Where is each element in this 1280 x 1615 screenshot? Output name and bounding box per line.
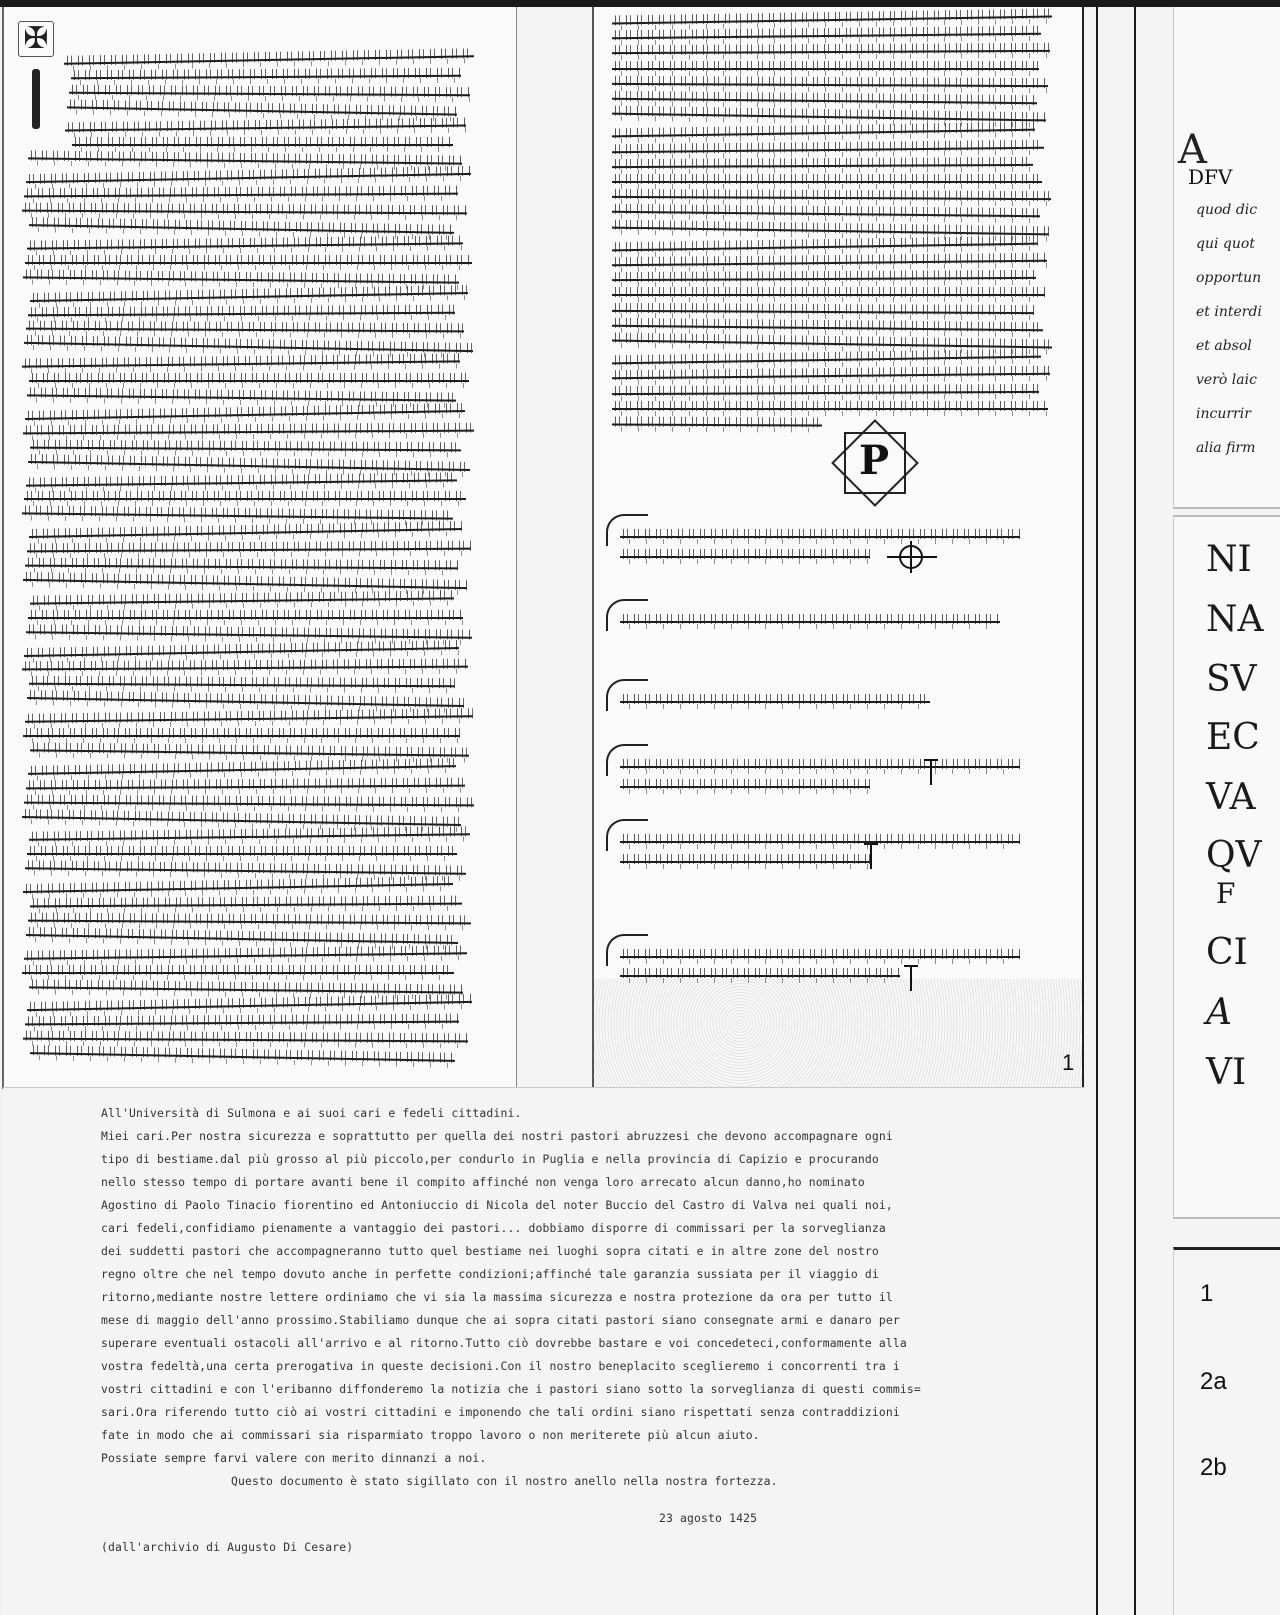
cross-signature-icon — [899, 545, 923, 569]
figure-label: 2b — [1200, 1454, 1227, 1482]
handwritten-line — [612, 50, 1050, 54]
handwritten-line — [612, 83, 1048, 87]
manuscript-left-folio: ✠ — [2, 7, 517, 1089]
handwritten-line — [612, 423, 822, 426]
transcript-line: tipo di bestiame.dal più grosso al più p… — [101, 1148, 1001, 1171]
handwritten-line — [65, 124, 466, 131]
manuscript-right-folio: P — [592, 7, 1084, 1089]
handwritten-line — [23, 735, 460, 737]
handwritten-line — [67, 106, 457, 115]
handwritten-line — [71, 75, 461, 79]
side-strip: A DFV quod dic qui quot opportun et inte… — [1085, 7, 1280, 1615]
capital-text: EC — [1206, 717, 1260, 758]
capital-text: NA — [1206, 599, 1264, 640]
thumb-line: qui quot — [1196, 236, 1255, 252]
handwritten-line — [30, 1052, 455, 1062]
handwritten-line — [24, 801, 474, 806]
transcript-line: sari.Ora riferendo tutto ciò ai vostri c… — [101, 1401, 1001, 1424]
handwritten-line — [28, 617, 463, 619]
handwritten-line — [28, 311, 455, 316]
subscription-line — [620, 841, 1020, 843]
handwritten-line — [29, 834, 470, 841]
capital-text: SV — [1206, 659, 1257, 700]
handwritten-line — [30, 292, 468, 302]
handwritten-line — [27, 1001, 472, 1011]
handwritten-line — [28, 920, 471, 925]
transcript-line: fate in modo che ai commissari sia rispa… — [101, 1424, 1001, 1447]
handwritten-line — [26, 479, 457, 486]
handwritten-line — [69, 92, 470, 96]
handwritten-line — [612, 242, 1038, 251]
transcript-line: vostra fedeltà,una certa prerogativa in … — [101, 1355, 1001, 1378]
handwritten-line — [25, 262, 472, 264]
source-citation: (dall'archivio di Augusto Di Cesare) — [101, 1536, 1001, 1559]
tau-signature-icon — [924, 759, 938, 785]
transcript-line: Miei cari.Per nostra sicurezza e sopratt… — [101, 1125, 1001, 1148]
handwritten-line — [27, 697, 464, 707]
handwritten-line — [23, 883, 453, 893]
handwritten-line — [612, 113, 1046, 122]
handwritten-line — [612, 98, 1037, 104]
divider — [1096, 7, 1098, 1615]
transcription-text: All'Università di Sulmona e ai suoi cari… — [101, 1102, 1001, 1559]
handwritten-line — [24, 498, 466, 500]
handwritten-line — [612, 68, 1039, 70]
handwritten-line — [24, 647, 459, 657]
handwritten-line — [612, 211, 1040, 217]
subscription-line — [620, 556, 870, 558]
capital-text: NI — [1206, 539, 1252, 580]
handwritten-line — [22, 666, 468, 671]
closing-line: Questo documento è stato sigillato con i… — [101, 1470, 1001, 1493]
thumb-line: et absol — [1196, 338, 1252, 354]
thumb-heading: DFV — [1188, 165, 1232, 189]
document-date: 23 agosto 1425 — [101, 1507, 1001, 1530]
handwritten-line — [22, 361, 460, 368]
handwritten-line — [29, 380, 469, 382]
handwritten-line — [612, 408, 1048, 410]
handwritten-line — [24, 342, 473, 352]
handwritten-line — [24, 952, 467, 959]
capital-text: A — [1206, 992, 1232, 1033]
transcript-line: Possiate sempre farvi valere con merito … — [101, 1447, 1001, 1470]
subscription-line — [620, 786, 870, 788]
handwritten-line — [29, 224, 454, 234]
handwritten-line — [612, 181, 1042, 183]
handwritten-line — [23, 1038, 468, 1043]
cross-icon: ✠ — [18, 21, 54, 57]
handwritten-line — [26, 784, 465, 789]
handwritten-line — [29, 683, 455, 688]
thumb-line: quod dic — [1196, 202, 1257, 218]
subscription-line — [620, 956, 1020, 958]
handwritten-line — [25, 1021, 459, 1026]
handwritten-line — [28, 158, 462, 165]
decorated-initial — [32, 69, 40, 129]
capital-text: F — [1216, 877, 1235, 910]
subscription-line — [620, 701, 930, 703]
handwritten-line — [27, 548, 471, 553]
handwritten-line — [28, 461, 470, 471]
transcription-panel: All'Università di Sulmona e ai suoi cari… — [3, 1087, 1085, 1615]
transcript-line: vostri cittadini e con l'eribanno diffon… — [101, 1378, 1001, 1401]
handwritten-line — [26, 631, 472, 638]
handwritten-line — [22, 210, 467, 215]
thumb-line: alia firm — [1196, 440, 1255, 456]
handwritten-line — [612, 196, 1051, 200]
handwritten-line — [29, 528, 462, 538]
transcript-line: All'Università di Sulmona e ai suoi cari… — [101, 1102, 1001, 1125]
figure-label: 1 — [1200, 1280, 1213, 1308]
divider — [1134, 7, 1136, 1615]
capital-text: QV — [1206, 835, 1262, 876]
handwritten-line — [612, 390, 1039, 394]
handwritten-line — [25, 565, 458, 570]
handwritten-line — [25, 715, 473, 722]
subscription-line — [620, 861, 870, 863]
transcript-line: ritorno,mediante nostre lettere ordiniam… — [101, 1286, 1001, 1309]
handwritten-line — [30, 749, 469, 756]
tau-signature-icon — [864, 843, 878, 869]
capital-text: VA — [1206, 777, 1256, 818]
handwritten-line — [64, 55, 474, 65]
manuscript-plate: ✠ P 1 — [0, 7, 1085, 1087]
handwritten-line — [612, 33, 1041, 39]
handwritten-line — [612, 146, 1044, 153]
handwritten-line — [26, 173, 471, 183]
handwritten-line — [22, 513, 453, 520]
handwritten-line — [612, 129, 1035, 138]
notary-seal-icon: P — [829, 417, 919, 507]
transcript-line: mese di maggio dell'anno prossimo.Stabil… — [101, 1309, 1001, 1332]
top-border — [0, 0, 1280, 7]
handwritten-line — [22, 972, 454, 974]
transcript-line: Agostino di Paolo Tinacio fiorentino ed … — [101, 1194, 1001, 1217]
subscription-line — [620, 766, 1020, 768]
handwritten-line — [28, 765, 456, 775]
handwritten-line — [612, 373, 1050, 380]
figure-label: 2a — [1200, 1368, 1227, 1396]
transcript-line: cari fedeli,confidiamo pienamente a vant… — [101, 1217, 1001, 1240]
handwritten-line — [27, 394, 456, 401]
capital-text: VI — [1206, 1052, 1246, 1093]
handwritten-line — [23, 276, 459, 283]
thumb-line: verò laic — [1196, 372, 1257, 388]
thumb-line: et interdi — [1196, 304, 1262, 320]
transcript-line: nello stesso tempo di portare avanti ben… — [101, 1171, 1001, 1194]
transcript-line: dei suddetti pastori che accompagneranno… — [101, 1240, 1001, 1263]
handwritten-line — [29, 986, 463, 993]
handwritten-line — [23, 429, 474, 434]
handwritten-line — [612, 309, 1034, 313]
page-number: 1 — [1062, 1050, 1074, 1076]
handwritten-line — [25, 867, 466, 874]
handwritten-line — [612, 294, 1045, 296]
handwritten-line — [612, 325, 1043, 332]
handwritten-line — [30, 446, 461, 451]
handwritten-line — [27, 242, 463, 249]
handwritten-line — [25, 410, 465, 420]
handwritten-line — [26, 934, 458, 944]
handwritten-line — [612, 16, 1052, 25]
handwritten-line — [72, 144, 453, 146]
subscription-line — [620, 975, 900, 977]
transcript-line: regno oltre che nel tempo dovuto anche i… — [101, 1263, 1001, 1286]
handwritten-line — [612, 164, 1033, 168]
handwritten-line — [22, 815, 461, 825]
transcript-line: superare eventuali ostacoli all'arrivo e… — [101, 1332, 1001, 1355]
faded-area — [594, 979, 1082, 1089]
tau-signature-icon — [904, 965, 918, 991]
thumb-line: opportun — [1196, 270, 1261, 286]
handwritten-line — [23, 579, 467, 589]
thumbnail-inscription-b: NI NA SV EC VA QV F CI A VI — [1173, 515, 1280, 1219]
handwritten-line — [612, 226, 1049, 235]
subscription-line — [620, 621, 1000, 623]
handwritten-line — [24, 193, 458, 198]
figure-labels: 1 2a 2b — [1173, 1247, 1280, 1615]
handwritten-line — [612, 277, 1036, 281]
handwritten-line — [612, 260, 1047, 267]
subscription-line — [620, 536, 1020, 538]
handwritten-line — [30, 597, 454, 604]
handwritten-line — [612, 340, 1052, 349]
capital-text: CI — [1206, 932, 1248, 973]
handwritten-line — [26, 328, 464, 333]
handwritten-line — [27, 853, 457, 855]
handwritten-line — [30, 903, 462, 908]
thumbnail-manuscript-a: A DFV quod dic qui quot opportun et inte… — [1173, 7, 1280, 509]
handwritten-line — [612, 356, 1041, 365]
thumb-line: incurrir — [1196, 406, 1251, 422]
